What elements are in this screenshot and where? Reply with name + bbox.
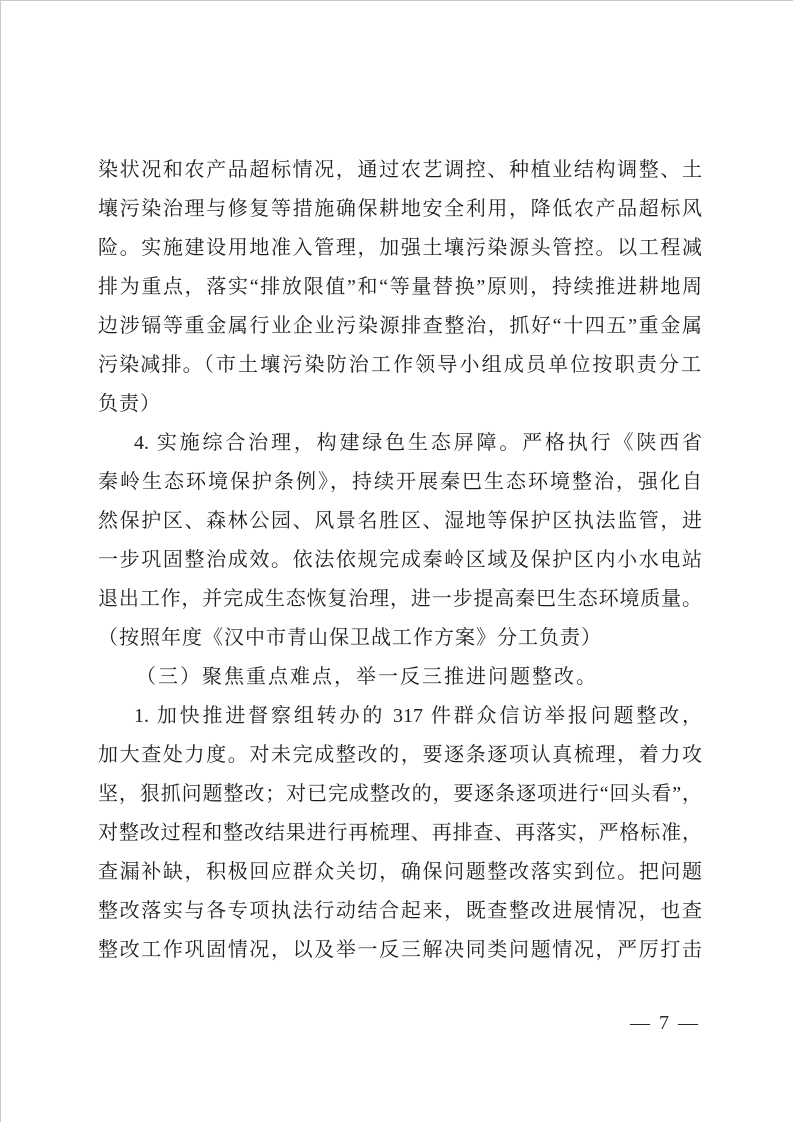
text-segment-body: 整改落实与各专项执法行动结合起来，既查整改进展情况，也查 [98, 900, 702, 922]
text-line: 然保护区、森林公园、风景名胜区、湿地等保护区执法监管，进 [98, 502, 702, 541]
text-line: 秦岭生态环境保护条例》，持续开展秦巴生态环境整治，强化自 [98, 463, 702, 502]
text-segment-body: 边涉镉等重金属行业企业污染源排查整治，抓好“十四五”重金属 [98, 315, 702, 337]
text-segment-kaiti: （按照年度《汉中市青山保卫战工作方案》分工负责） [98, 627, 602, 649]
text-segment-body: 壤污染治理与修复等措施确保耕地安全利用，降低农产品超标风 [98, 198, 702, 220]
text-line: 排为重点，落实“排放限值”和“等量替换”原则，持续推进耕地周 [98, 268, 702, 307]
text-segment-body: 排为重点，落实“排放限值”和“等量替换”原则，持续推进耕地周 [98, 276, 702, 298]
text-segment-body: 污染减排。 [98, 354, 204, 376]
text-segment-body: 染状况和农产品超标情况，通过农艺调控、种植业结构调整、土 [98, 159, 702, 181]
text-segment-heading: （三）聚焦重点难点，举一反三推进问题整改。 [136, 666, 598, 688]
text-segment-body: 加大查处力度。对未完成整改的，要逐条逐项认真梳理，着力攻 [98, 744, 702, 766]
text-segment-body: 一步巩固整治成效。依法依规完成秦岭区域及保护区内小水电站 [98, 549, 702, 571]
text-line: 查漏补缺，积极回应群众关切，确保问题整改落实到位。把问题 [98, 853, 702, 892]
text-line: （三）聚焦重点难点，举一反三推进问题整改。 [98, 658, 702, 697]
text-segment-body: 对整改过程和整改结果进行再梳理、再排查、再落实，严格标准， [98, 822, 702, 844]
text-segment-body: 坚，狠抓问题整改；对已完成整改的，要逐条逐项进行“回头看”， [98, 783, 702, 805]
text-segment-body: 4. 实施综合治理，构建绿色生态屏障。严格执行《陕西省 [134, 432, 702, 454]
text-segment-kaiti: （市土壤污染防治工作领导小组成员单位按职责分工 [204, 354, 702, 376]
text-segment-body: 然保护区、森林公园、风景名胜区、湿地等保护区执法监管，进 [98, 510, 702, 532]
text-line: 对整改过程和整改结果进行再梳理、再排查、再落实，严格标准， [98, 814, 702, 853]
text-line: 污染减排。（市土壤污染防治工作领导小组成员单位按职责分工 [98, 346, 702, 385]
text-line: 坚，狠抓问题整改；对已完成整改的，要逐条逐项进行“回头看”， [98, 775, 702, 814]
text-line: 壤污染治理与修复等措施确保耕地安全利用，降低农产品超标风 [98, 190, 702, 229]
text-line: 整改工作巩固情况，以及举一反三解决同类问题情况，严厉打击 [98, 931, 702, 970]
text-line: 一步巩固整治成效。依法依规完成秦岭区域及保护区内小水电站 [98, 541, 702, 580]
text-segment-body: 退出工作，并完成生态恢复治理，进一步提高秦巴生态环境质量。 [98, 588, 702, 610]
text-segment-body: 整改工作巩固情况，以及举一反三解决同类问题情况，严厉打击 [98, 939, 702, 961]
text-line: 4. 实施综合治理，构建绿色生态屏障。严格执行《陕西省 [98, 424, 702, 463]
document-page: 染状况和农产品超标情况，通过农艺调控、种植业结构调整、土壤污染治理与修复等措施确… [0, 0, 793, 1122]
text-line: 退出工作，并完成生态恢复治理，进一步提高秦巴生态环境质量。 [98, 580, 702, 619]
text-line: 1. 加快推进督察组转办的 317 件群众信访举报问题整改， [98, 697, 702, 736]
text-segment-body: 1. 加快推进督察组转办的 317 件群众信访举报问题整改， [134, 705, 702, 727]
text-segment-body: 查漏补缺，积极回应群众关切，确保问题整改落实到位。把问题 [98, 861, 702, 883]
page-number: 7 [659, 1012, 669, 1034]
text-line: 边涉镉等重金属行业企业污染源排查整治，抓好“十四五”重金属 [98, 307, 702, 346]
text-line: 负责） [98, 385, 702, 424]
text-line: （按照年度《汉中市青山保卫战工作方案》分工负责） [98, 619, 702, 658]
text-segment-body: 险。实施建设用地准入管理，加强土壤污染源头管控。以工程减 [98, 237, 702, 259]
text-line: 险。实施建设用地准入管理，加强土壤污染源头管控。以工程减 [98, 229, 702, 268]
text-line: 整改落实与各专项执法行动结合起来，既查整改进展情况，也查 [98, 892, 702, 931]
footer-right-dash: — [678, 1012, 698, 1034]
footer-left-dash: — [630, 1012, 650, 1034]
text-line: 染状况和农产品超标情况，通过农艺调控、种植业结构调整、土 [98, 151, 702, 190]
text-segment-kaiti: 负责） [98, 393, 161, 415]
text-line: 加大查处力度。对未完成整改的，要逐条逐项认真梳理，着力攻 [98, 736, 702, 775]
text-block: 染状况和农产品超标情况，通过农艺调控、种植业结构调整、土壤污染治理与修复等措施确… [98, 151, 702, 970]
text-segment-body: 秦岭生态环境保护条例》，持续开展秦巴生态环境整治，强化自 [98, 471, 702, 493]
page-footer: —7— [630, 1007, 698, 1039]
